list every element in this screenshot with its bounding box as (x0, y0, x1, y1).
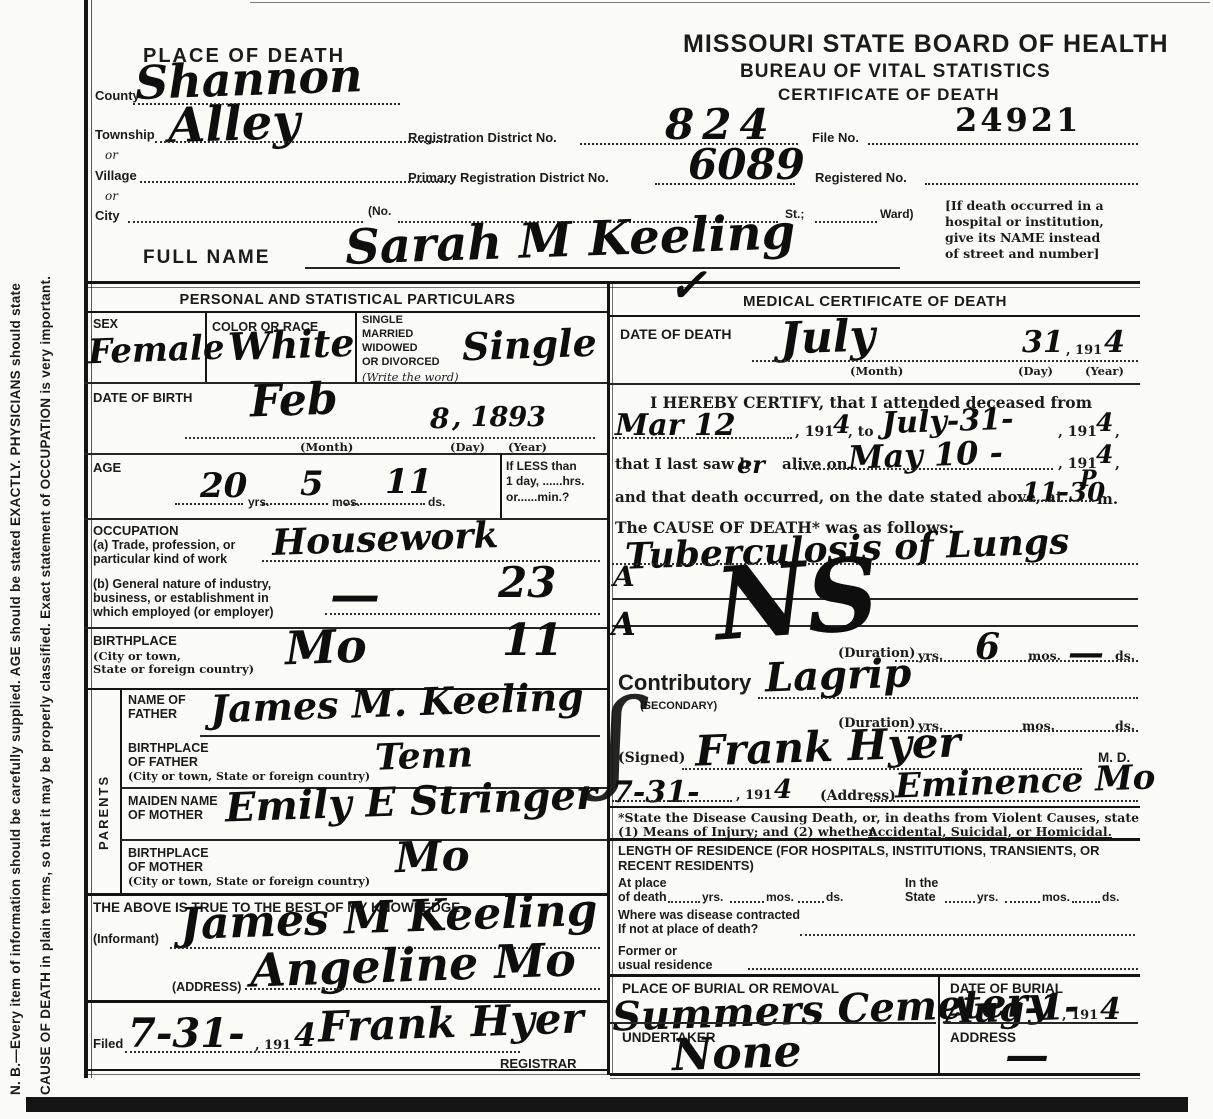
township-line (155, 141, 450, 143)
meridiem-label: m. (1097, 490, 1118, 508)
dob-year-value: , 1893 (452, 402, 546, 433)
father-name-value: James M. Keeling (209, 673, 584, 731)
age-ds-label: ds. (428, 495, 445, 509)
duration-days-value: — (1068, 632, 1104, 674)
city-line (128, 221, 363, 223)
mother-birthplace-label-2: OF MOTHER (128, 860, 203, 874)
sex-label: SEX (93, 317, 118, 331)
registration-district-label: Registration District No. (408, 130, 557, 145)
burial-date-value: Aug-1- (944, 986, 1080, 1033)
to-year-handwritten: 4 (1096, 408, 1113, 437)
comma-2: , (1115, 456, 1120, 472)
age-line-2 (262, 503, 328, 505)
last-saw-label-2: alive on (782, 455, 848, 473)
age-yrs-label: yrs. (248, 495, 269, 509)
hospital-note-4: of street and number] (945, 246, 1099, 261)
occupation-label: OCCUPATION (93, 523, 178, 538)
dod-year-handwritten: 4 (1104, 325, 1125, 360)
dod-year-sublabel: (Year) (1085, 364, 1124, 378)
marital-label-3: WIDOWED (362, 342, 418, 354)
dod-month-sublabel: (Month) (850, 364, 903, 378)
death-certificate-page: N. B.—Every item of information should b… (0, 0, 1213, 1119)
marital-label-2: MARRIED (362, 328, 413, 340)
row-rule-1 (84, 382, 607, 384)
physician-address-line (870, 800, 1138, 802)
registered-no-label: Registered No. (815, 170, 907, 185)
res-seg-1 (668, 901, 700, 903)
saw-year-handwritten: 4 (1096, 440, 1113, 469)
primary-registration-line (655, 183, 795, 185)
dod-bottom-rule (610, 383, 1140, 385)
burial-bottom-rule-inner (610, 1078, 1140, 1079)
contributory-value: Lagrip (764, 649, 912, 701)
saw-line (795, 468, 1053, 470)
or-label-2: or (105, 189, 118, 203)
birthplace-sublabel-1: (City or town, (93, 649, 181, 663)
dod-year-printed: , 191 (1066, 343, 1102, 358)
birthplace-value: Mo (284, 619, 367, 676)
informant-address-label: (ADDRESS) (172, 980, 241, 994)
res-seg-6 (1072, 901, 1100, 903)
medical-section-title: MEDICAL CERTIFICATE OF DEATH (640, 293, 1110, 310)
village-line (140, 181, 450, 183)
filed-year-handwritten: 4 (294, 1016, 316, 1054)
occupation-b-label-3: which employed (or employer) (93, 605, 274, 619)
father-birthplace-label-2: OF FATHER (128, 755, 198, 769)
res-seg-2 (730, 901, 764, 903)
res-seg-5 (1005, 901, 1040, 903)
informant-address-line (245, 988, 600, 990)
death-occurred-label: and that death occurred, on the date sta… (615, 488, 1063, 506)
sex-value: Female (87, 328, 225, 373)
hospital-note-2: hospital or institution, (945, 214, 1104, 229)
row-rule-2 (84, 453, 607, 455)
signed-year-handwritten: 4 (774, 775, 792, 805)
burial-bottom-rule (610, 1073, 1140, 1076)
informant-label: (Informant) (93, 932, 159, 946)
marital-value: Single (461, 320, 597, 370)
footnote-bottom-rule (610, 838, 1140, 841)
burial-place-line (610, 1022, 936, 1024)
occupation-a-value: Housework (271, 514, 499, 564)
comma-1: , (1115, 424, 1120, 440)
color-marital-divider (355, 312, 357, 383)
personal-title-rule (84, 311, 607, 313)
mother-birthplace-value: Mo (394, 831, 470, 883)
occupation-a-label-2: particular kind of work (93, 552, 227, 566)
footnote-line-2b: Accidental, Suicidal, or Homicidal. (868, 824, 1112, 839)
mother-name-label-2: OF MOTHER (128, 808, 203, 822)
marital-label-4: OR DIVORCED (362, 356, 440, 368)
filed-date-value: 7-31- (128, 1010, 245, 1057)
burial-date-line (944, 1022, 1138, 1024)
scan-bottom-bar (26, 1097, 1188, 1112)
residence-title-1: LENGTH OF RESIDENCE (FOR HOSPITALS, INST… (618, 843, 1100, 858)
occupation-b-label-1: (b) General nature of industry, (93, 577, 271, 591)
last-saw-label-1: that I last saw h (615, 455, 750, 473)
mother-birthplace-label-1: BIRTHPLACE (128, 846, 209, 860)
color-race-value: White (227, 320, 355, 369)
signed-date-line (612, 800, 732, 802)
in-state-label-2: State (905, 890, 936, 904)
former-residence-line (748, 968, 1138, 970)
parents-label: PARENTS (96, 740, 111, 850)
footnote-line-1: *State the Disease Causing Death, or, in… (618, 810, 1139, 825)
contributory-line (758, 697, 1138, 699)
mother-name-label-1: MAIDEN NAME (128, 794, 218, 808)
registered-no-line (925, 183, 1138, 185)
duration-line (895, 660, 1138, 662)
stat-code-23: 23 (498, 558, 556, 607)
age-less-label-1: If LESS than (506, 459, 577, 473)
stat-code-11: 11 (502, 615, 563, 666)
signed-label: (Signed) (618, 750, 685, 766)
registrar-signature: Frank Hyer (317, 993, 584, 1051)
res-mos-label-1: mos. (766, 890, 794, 904)
margin-note-line-1: N. B.—Every item of information should b… (8, 35, 23, 1095)
dod-day-value: 31 (1022, 325, 1064, 360)
signed-date-value: 7-31- (612, 775, 700, 810)
primary-registration-value: 6089 (688, 140, 805, 189)
township-label: Township (95, 127, 155, 142)
former-residence-label-1: Former or (618, 944, 677, 958)
personal-section-title: PERSONAL AND STATISTICAL PARTICULARS (95, 292, 600, 308)
margin-note-line-2: CAUSE OF DEATH in plain terms, so that i… (38, 35, 53, 1095)
primary-registration-label: Primary Registration District No. (408, 170, 609, 185)
age-months-value: 5 (300, 464, 324, 504)
dob-month-value: Feb (249, 373, 338, 427)
dod-line (752, 360, 1138, 362)
age-line-3 (345, 503, 425, 505)
occupation-b-label-2: business, or establishment in (93, 591, 269, 605)
form-left-border (84, 0, 88, 1078)
form-left-border-inner (91, 0, 92, 1078)
marital-label-1: SINGLE (362, 314, 403, 326)
hospital-note-1: [If death occurred in a (945, 198, 1104, 213)
parents-rule-3 (120, 839, 607, 841)
age-label: AGE (93, 460, 121, 475)
dob-day-sublabel: (Day) (450, 440, 485, 454)
age-less-label-2: 1 day, ......hrs. (506, 474, 584, 488)
contributory-label: Contributory (618, 670, 751, 696)
dod-month-value: July (779, 310, 876, 364)
stat-code-A2: A (611, 605, 636, 643)
res-ds-label-2: ds. (1102, 890, 1119, 904)
age-less-label-3: or......min.? (506, 490, 569, 504)
age-years-value: 20 (200, 466, 247, 506)
her-handwritten: er (737, 450, 765, 479)
at-place-label-1: At place (618, 876, 667, 890)
age-mos-label: mos. (332, 495, 360, 509)
residence-bottom-rule (610, 974, 1140, 977)
res-ds-label-1: ds. (826, 890, 843, 904)
dod-label: DATE OF DEATH (620, 326, 731, 342)
left-bottom-rule-inner (84, 1074, 610, 1075)
filed-line (125, 1051, 520, 1053)
city-label: City (95, 208, 120, 223)
where-contracted-label-1: Where was disease contracted (618, 908, 800, 922)
in-state-label-1: In the (905, 876, 938, 890)
father-name-label-2: FATHER (128, 707, 177, 721)
age-less-divider (500, 453, 502, 518)
where-contracted-label-2: If not at place of death? (618, 922, 758, 936)
burial-year-printed: , 191 (1062, 1008, 1098, 1023)
scan-edge-line (250, 2, 1210, 3)
to-year-printed: , 191 (1058, 424, 1097, 440)
res-yrs-label-1: yrs. (702, 890, 723, 904)
res-seg-3 (798, 901, 824, 903)
file-no-line (868, 143, 1138, 145)
father-birthplace-value: Tenn (374, 733, 473, 778)
footnote-line-2a: (1) Means of Injury; and (2) whether (618, 824, 875, 839)
dob-month-sublabel: (Month) (300, 440, 353, 454)
occupation-b-value: — (330, 565, 380, 624)
dod-day-sublabel: (Day) (1018, 364, 1053, 378)
county-label: County (95, 88, 140, 103)
village-label: Village (95, 168, 137, 183)
where-contracted-line (800, 934, 1135, 936)
from-year-printed: , 191 (795, 424, 834, 440)
father-name-label-1: NAME OF (128, 693, 186, 707)
former-residence-label-2: usual residence (618, 958, 713, 972)
hospital-note-3: give its NAME instead (945, 230, 1100, 245)
age-days-value: 11 (385, 462, 432, 502)
time-line (1018, 500, 1094, 502)
full-name-label: FULL NAME (143, 247, 270, 269)
board-title: MISSOURI STATE BOARD OF HEALTH (683, 30, 1169, 59)
occupation-a-label-1: (a) Trade, profession, or (93, 538, 235, 552)
father-birthplace-label-1: BIRTHPLACE (128, 741, 209, 755)
last-saw-date-value: May 10 - (847, 433, 1003, 476)
or-label-1: or (105, 148, 118, 162)
res-mos-label-2: mos. (1042, 890, 1070, 904)
age-line-1 (175, 503, 243, 505)
res-seg-4 (945, 901, 975, 903)
from-line (612, 437, 792, 439)
dob-label: DATE OF BIRTH (93, 390, 192, 405)
residence-title-2: RECENT RESIDENTS) (618, 858, 754, 873)
res-yrs-label-2: yrs. (977, 890, 998, 904)
dob-year-sublabel: (Year) (508, 440, 547, 454)
stat-code-A1: A (613, 560, 635, 593)
parents-inner-divider (120, 688, 122, 893)
birthplace-label: BIRTHPLACE (93, 633, 177, 648)
medical-title-rule (610, 315, 1140, 317)
mother-birthplace-sublabel: (City or town, State or foreign country) (128, 875, 370, 888)
footnote-top-rule (610, 806, 1140, 808)
at-place-label-2: of death (618, 890, 667, 904)
left-bottom-rule (84, 1069, 610, 1071)
birthplace-sublabel-2: State or foreign country) (93, 662, 254, 676)
time-meridiem-handwritten: P (1080, 466, 1097, 492)
file-no-value: 24921 (955, 101, 1081, 139)
street-no-label: (No. (368, 204, 391, 218)
ward-label: Ward) (880, 207, 914, 221)
dob-line (185, 437, 595, 439)
ink-scrawl: NS (711, 534, 882, 663)
full-name-line (305, 267, 900, 269)
township-value: Alley (167, 94, 301, 155)
full-name-value: Sarah M Keeling (344, 204, 796, 276)
filed-label: Filed (93, 1036, 123, 1051)
file-no-label: File No. (812, 130, 859, 145)
dob-day-value: 8 (430, 402, 449, 435)
bureau-subtitle: BUREAU OF VITAL STATISTICS (740, 61, 1051, 83)
signed-year-printed: , 191 (736, 788, 772, 803)
ward-line (815, 221, 877, 223)
secondary-label: (SECONDARY) (640, 700, 717, 712)
